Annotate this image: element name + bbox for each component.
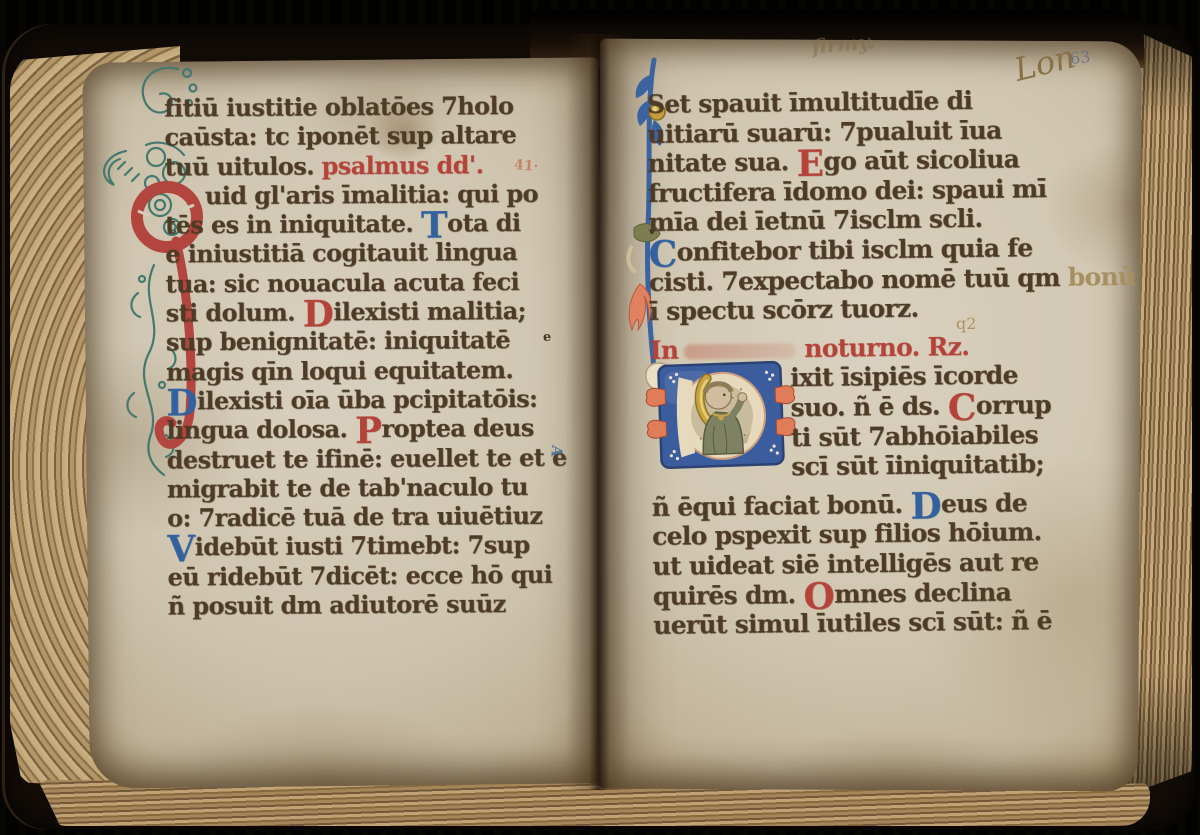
text-segment: tuū uitulos. (165, 151, 322, 181)
text-segment: ota di (447, 208, 521, 238)
text-segment: eus de (941, 488, 1027, 518)
text-segment: caūsta: tc iponēt sup altare (164, 120, 516, 151)
text-segment: Set spauit īmultitudīe di (647, 86, 973, 119)
text-segment: nitate sua. (647, 147, 796, 178)
text-segment: uitiarū suarū: 7pualuit īua (647, 115, 1002, 148)
text-segment (684, 343, 796, 359)
text-segment: tēs es in iniquitate. (165, 209, 421, 240)
text-segment: sup benignitatē: iniquitatē (166, 325, 510, 356)
right-page-text-column: Set spauit īmultitudīe diuitiarū suarū: … (647, 85, 1124, 641)
text-segment: ixit īsipiēs īcorde (790, 361, 1018, 393)
text-segment: roptea deus (381, 413, 533, 443)
text-segment: go aūt sicoliua (823, 145, 1019, 176)
text-segment: quirēs dm. (653, 580, 804, 611)
quire-mark: 41· (513, 157, 538, 175)
manuscript-line: ī spectu scōrz tuorz. (649, 292, 1119, 327)
manuscript-line: caūsta: tc iponēt sup altare (164, 122, 578, 154)
manuscript-line: uid gl'aris īmalitia: qui po (205, 180, 579, 212)
text-segment: ilexisti malitia; (333, 296, 526, 326)
text-segment: eū ridebūt 7dicēt: ecce hō qui (167, 560, 552, 592)
right-text-lines-top: Set spauit īmultitudīe diuitiarū suarū: … (647, 85, 1120, 327)
manuscript-line: scī sūt īiniquitatib; (791, 449, 1121, 483)
text-segment: destruet te ifinē: euellet te et e (167, 442, 567, 474)
text-segment: noturno. Rz. (804, 332, 969, 363)
text-segment: uerūt simul īutiles scī sūt: ñ ē (653, 606, 1052, 640)
right-text-lines-bottom: ñ ēqui faciat bonū. Deus decelo pspexit … (652, 488, 1124, 642)
text-segment: magis qīn loqui equitatem. (166, 355, 513, 386)
gutter-mark-blue: A (547, 444, 566, 457)
text-segment: mnes declina (834, 577, 1011, 608)
text-segment: orrup (976, 390, 1052, 420)
text-segment: In (650, 335, 679, 364)
text-segment: fructifera īdomo dei: spaui mī (648, 174, 1047, 208)
text-segment: bonū (1068, 261, 1136, 291)
text-segment: psalmus dd'. (322, 150, 484, 180)
manuscript-line: sti dolum. Dilexisti malitia; (166, 298, 580, 330)
text-segment: onfitebor tibi isclm quia fe (676, 233, 1032, 266)
manuscript-line: eū ridebūt 7dicēt: ecce hō qui (167, 561, 581, 593)
text-segment: scī sūt īiniquitatib; (791, 449, 1044, 481)
manuscript-line: ñ posuit dm adiutorē suūz (168, 591, 582, 623)
text-segment: migrabit te de tab'naculo tu (167, 472, 528, 504)
text-segment: ī spectu scōrz tuorz. (649, 294, 918, 326)
text-segment: ut uideat siē intelligēs aut re (652, 547, 1038, 581)
text-segment: celo pspexit sup filios hōium. (652, 517, 1042, 551)
text-segment: e iniustitiā cogitauit lingua (165, 237, 517, 268)
text-segment: idebūt iusti 7timebt: 7sup (195, 530, 530, 561)
manuscript-line: ti sūt 7abhōiabiles (791, 420, 1121, 454)
text-segment: tua: sic nouacula acuta feci (165, 267, 519, 298)
text-segment: o: 7radicē tuā de tra uiuētiuz (167, 501, 543, 533)
text-segment: fitiū iustitie oblatōes 7holo (164, 91, 513, 122)
text-segment: uid gl'aris īmalitia: qui po (205, 179, 538, 210)
text-segment: sti dolum. (166, 298, 303, 328)
manuscript-line: suo. ñ ē ds. Corrup (790, 390, 1120, 424)
initial-d-letter: D (0, 0, 1, 1)
text-segment: cisti. 7expectabo nomē tuū qm (649, 262, 1068, 296)
manuscript-line: uerūt simul īutiles scī sūt: ñ ē (653, 606, 1123, 641)
gutter-mark-dark: e (543, 330, 551, 345)
text-segment: suo. ñ ē ds. (790, 391, 948, 422)
right-text-lines-beside-initial: ixit īsipiēs īcordesuo. ñ ē ds. Corrupti… (650, 360, 1121, 484)
text-segment: lingua dolosa. (166, 414, 355, 444)
initial-q-letter: Q (0, 0, 1, 1)
text-segment: ti sūt 7abhōiabiles (791, 420, 1038, 452)
text-segment: mīa dei īetnū 7isclm scli. (648, 204, 982, 237)
marginal-mark-q2: q2 (956, 314, 976, 333)
manuscript-photo: Q (0, 0, 1200, 835)
text-segment: ñ ēqui faciat bonū. (652, 489, 911, 521)
manuscript-line: sup benignitatē: iniquitatē (166, 327, 580, 359)
text-segment: ñ posuit dm adiutorē suūz (168, 589, 506, 620)
